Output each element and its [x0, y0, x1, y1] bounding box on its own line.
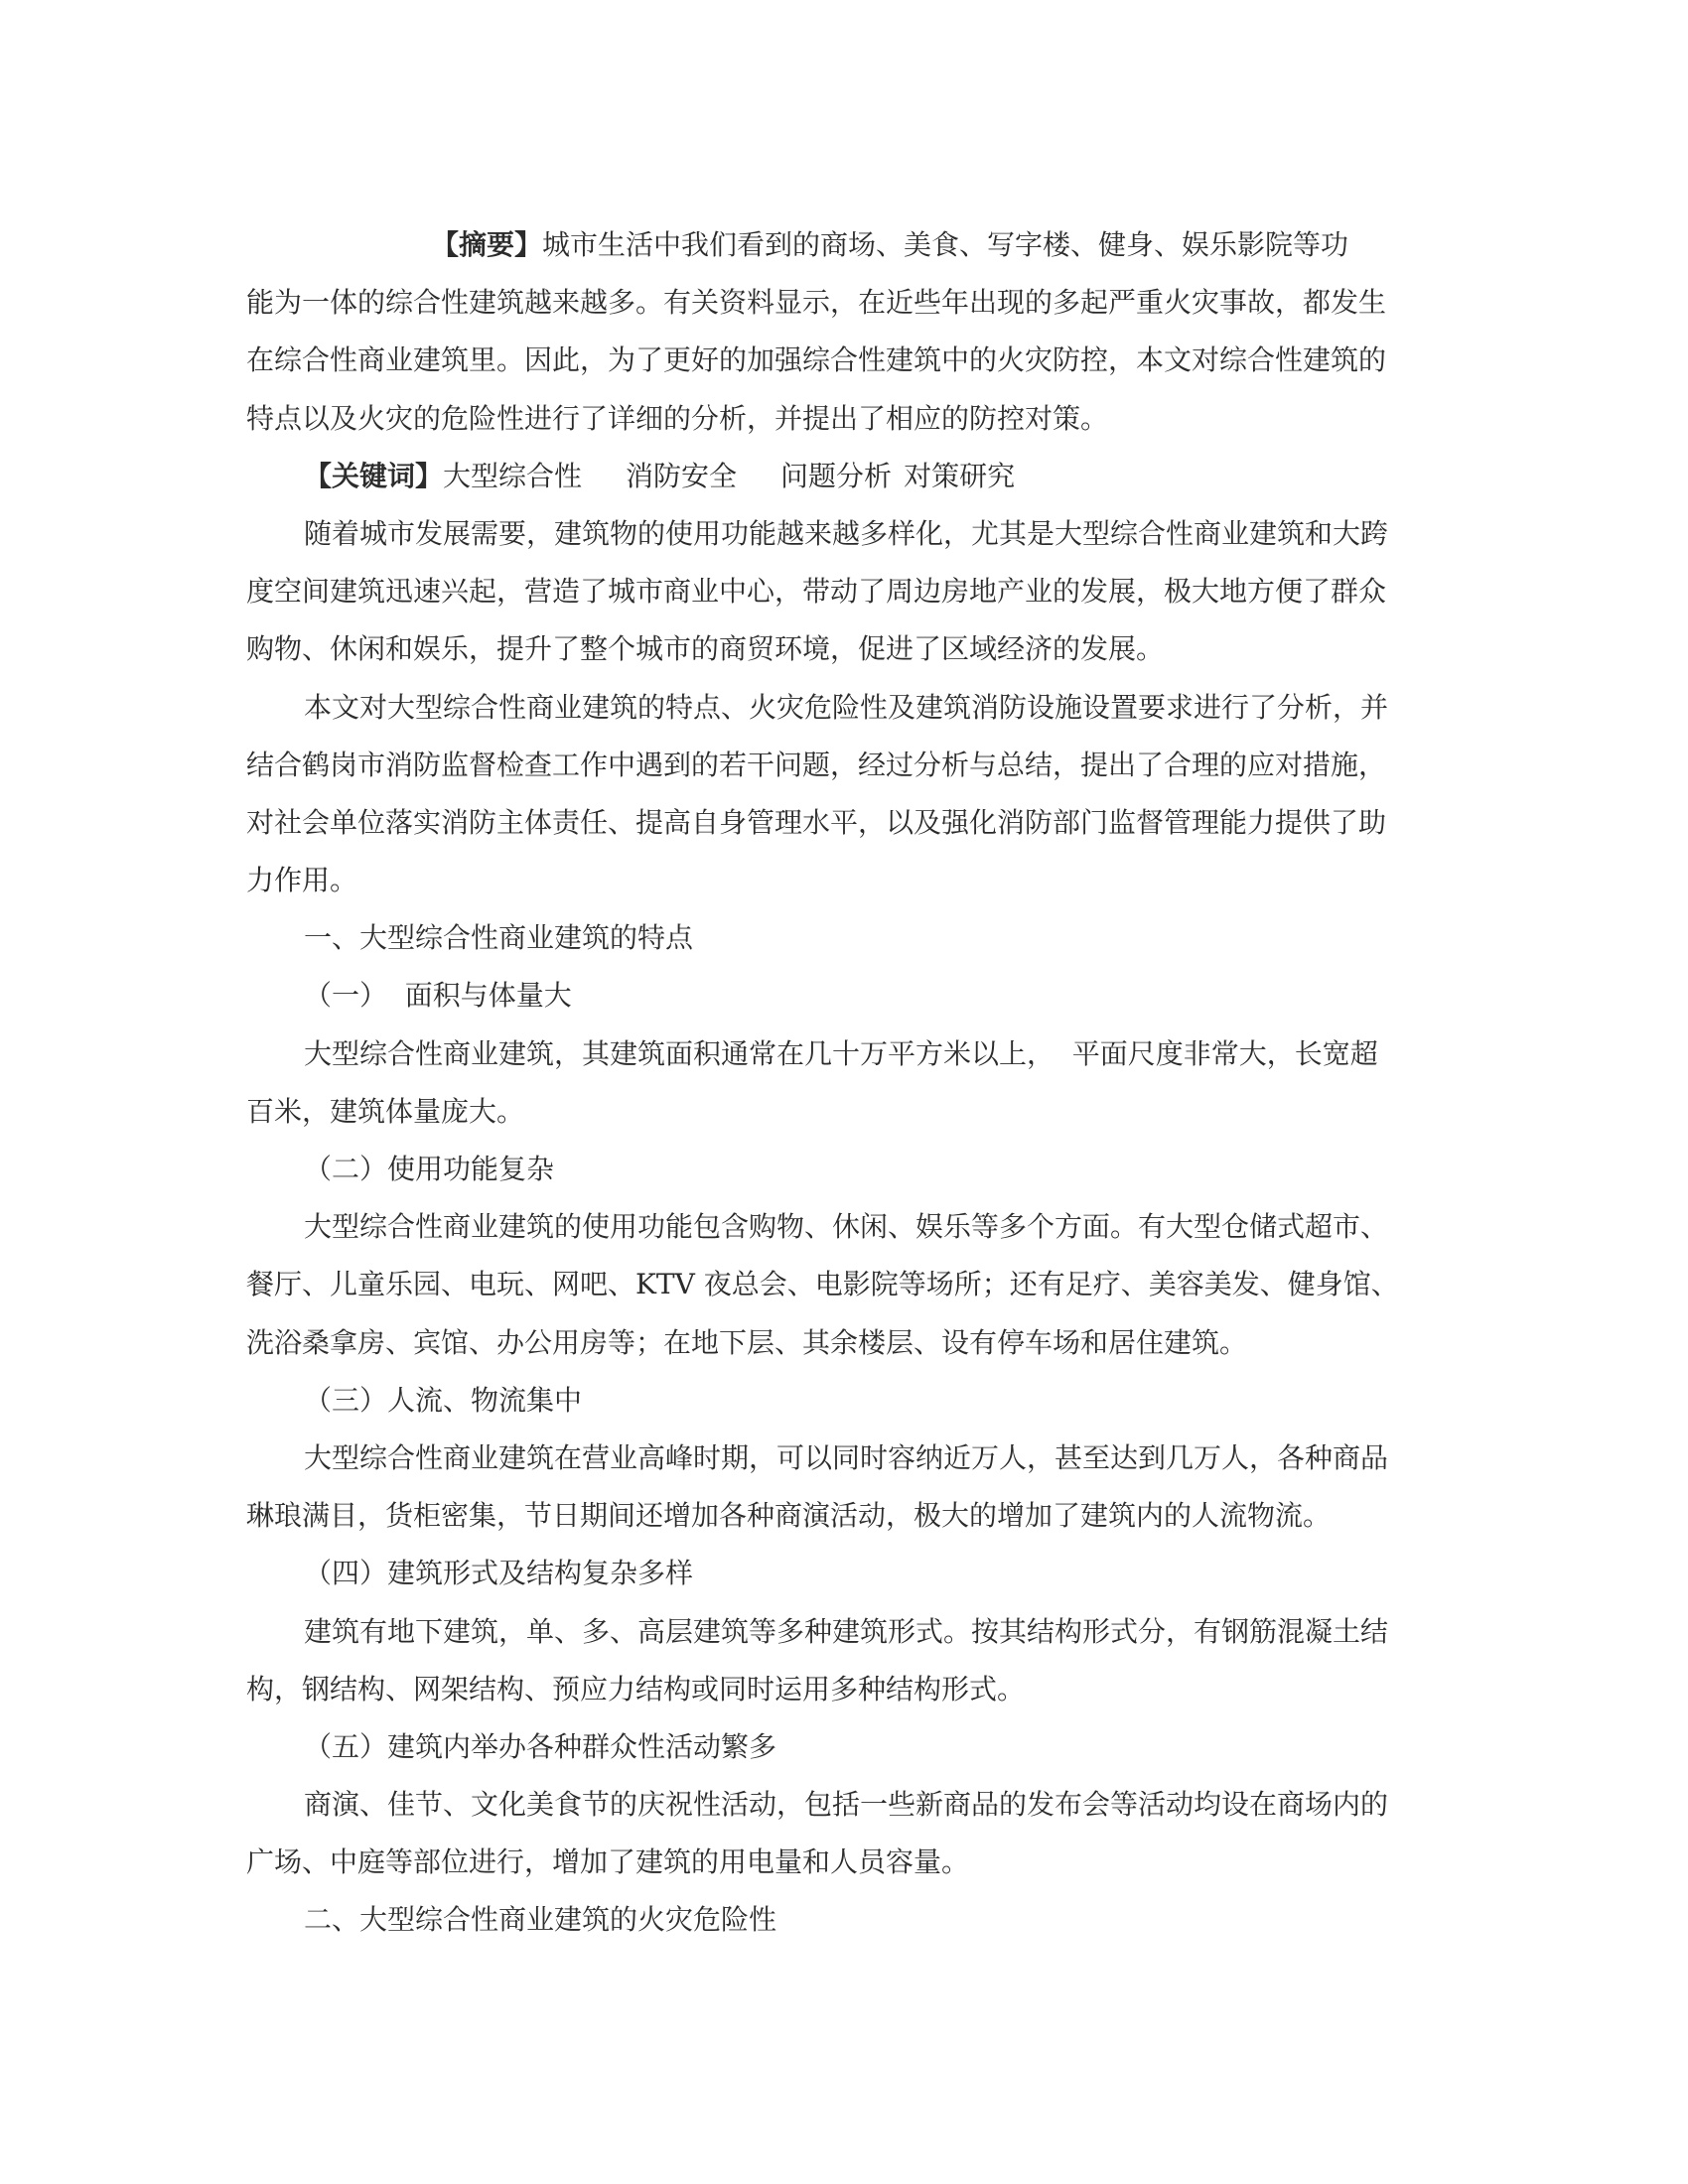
- keyword-item: 问题分析: [780, 460, 892, 492]
- subsection-2-heading: （二）使用功能复杂: [246, 1141, 1434, 1198]
- subsection-2-line-1: 大型综合性商业建筑的使用功能包含购物、休闲、娱乐等多个方面。有大型仓储式超市、: [246, 1198, 1434, 1256]
- subsection-3-line-1: 大型综合性商业建筑在营业高峰时期，可以同时容纳近万人，甚至达到几万人，各种商品: [246, 1430, 1434, 1487]
- subsection-2-line-2: 餐厅、儿童乐园、电玩、网吧、KTV 夜总会、电影院等场所；还有足疗、美容美发、健…: [246, 1256, 1434, 1313]
- document-page: 【摘要】城市生活中我们看到的商场、美食、写字楼、健身、娱乐影院等功 能为一体的综…: [0, 0, 1688, 2184]
- subsection-4-line-2: 构，钢结构、网架结构、预应力结构或同时运用多种结构形式。: [246, 1661, 1434, 1718]
- document-body: 【摘要】城市生活中我们看到的商场、美食、写字楼、健身、娱乐影院等功 能为一体的综…: [246, 216, 1434, 1950]
- intro-p2-line-4: 力作用。: [246, 852, 1434, 909]
- abstract-line-2: 能为一体的综合性建筑越来越多。有关资料显示，在近些年出现的多起严重火灾事故，都发…: [246, 274, 1434, 332]
- abstract-line-3: 在综合性商业建筑里。因此，为了更好的加强综合性建筑中的火灾防控，本文对综合性建筑…: [246, 332, 1434, 389]
- subsection-4-line-1: 建筑有地下建筑，单、多、高层建筑等多种建筑形式。按其结构形式分，有钢筋混凝土结: [246, 1603, 1434, 1661]
- subsection-1-line-1: 大型综合性商业建筑，其建筑面积通常在几十万平方米以上， 平面尺度非常大，长宽超: [246, 1025, 1434, 1083]
- keywords-label: 【关键词】: [304, 460, 443, 492]
- section-1-heading: 一、大型综合性商业建筑的特点: [246, 909, 1434, 967]
- subsection-4-heading: （四）建筑形式及结构复杂多样: [246, 1545, 1434, 1602]
- subsection-2-line-3: 洗浴桑拿房、宾馆、办公用房等；在地下层、其余楼层、设有停车场和居住建筑。: [246, 1314, 1434, 1372]
- keyword-item: 消防安全: [626, 460, 737, 492]
- abstract-text: 城市生活中我们看到的商场、美食、写字楼、健身、娱乐影院等功: [542, 228, 1348, 261]
- intro-p1-line-2: 度空间建筑迅速兴起，营造了城市商业中心，带动了周边房地产业的发展，极大地方便了群…: [246, 563, 1434, 620]
- keywords-line: 【关键词】大型综合性消防安全问题分析对策研究: [246, 448, 1434, 505]
- subsection-3-line-2: 琳琅满目，货柜密集，节日期间还增加各种商演活动，极大的增加了建筑内的人流物流。: [246, 1487, 1434, 1545]
- keyword-item: 对策研究: [904, 460, 1015, 492]
- intro-p2-line-2: 结合鹤岗市消防监督检查工作中遇到的若干问题，经过分析与总结，提出了合理的应对措施…: [246, 737, 1434, 794]
- subsection-5-line-1: 商演、佳节、文化美食节的庆祝性活动，包括一些新商品的发布会等活动均设在商场内的: [246, 1776, 1434, 1834]
- intro-p2-line-1: 本文对大型综合性商业建筑的特点、火灾危险性及建筑消防设施设置要求进行了分析，并: [246, 679, 1434, 737]
- abstract-line-4: 特点以及火灾的危险性进行了详细的分析，并提出了相应的防控对策。: [246, 390, 1434, 448]
- intro-p2-line-3: 对社会单位落实消防主体责任、提高自身管理水平，以及强化消防部门监督管理能力提供了…: [246, 794, 1434, 852]
- subsection-5-heading: （五）建筑内举办各种群众性活动繁多: [246, 1718, 1434, 1776]
- subsection-3-heading: （三）人流、物流集中: [246, 1372, 1434, 1430]
- intro-p1-line-1: 随着城市发展需要，建筑物的使用功能越来越多样化，尤其是大型综合性商业建筑和大跨: [246, 505, 1434, 563]
- section-2-heading: 二、大型综合性商业建筑的火灾危险性: [246, 1891, 1434, 1949]
- abstract-label: 【摘要】: [431, 228, 542, 261]
- subsection-1-line-2: 百米，建筑体量庞大。: [246, 1083, 1434, 1141]
- subsection-5-line-2: 广场、中庭等部位进行，增加了建筑的用电量和人员容量。: [246, 1834, 1434, 1891]
- intro-p1-line-3: 购物、休闲和娱乐，提升了整个城市的商贸环境，促进了区域经济的发展。: [246, 620, 1434, 678]
- subsection-1-heading: （一） 面积与体量大: [246, 967, 1434, 1024]
- keyword-item: 大型综合性: [443, 460, 582, 492]
- abstract-line-1: 【摘要】城市生活中我们看到的商场、美食、写字楼、健身、娱乐影院等功: [246, 216, 1434, 274]
